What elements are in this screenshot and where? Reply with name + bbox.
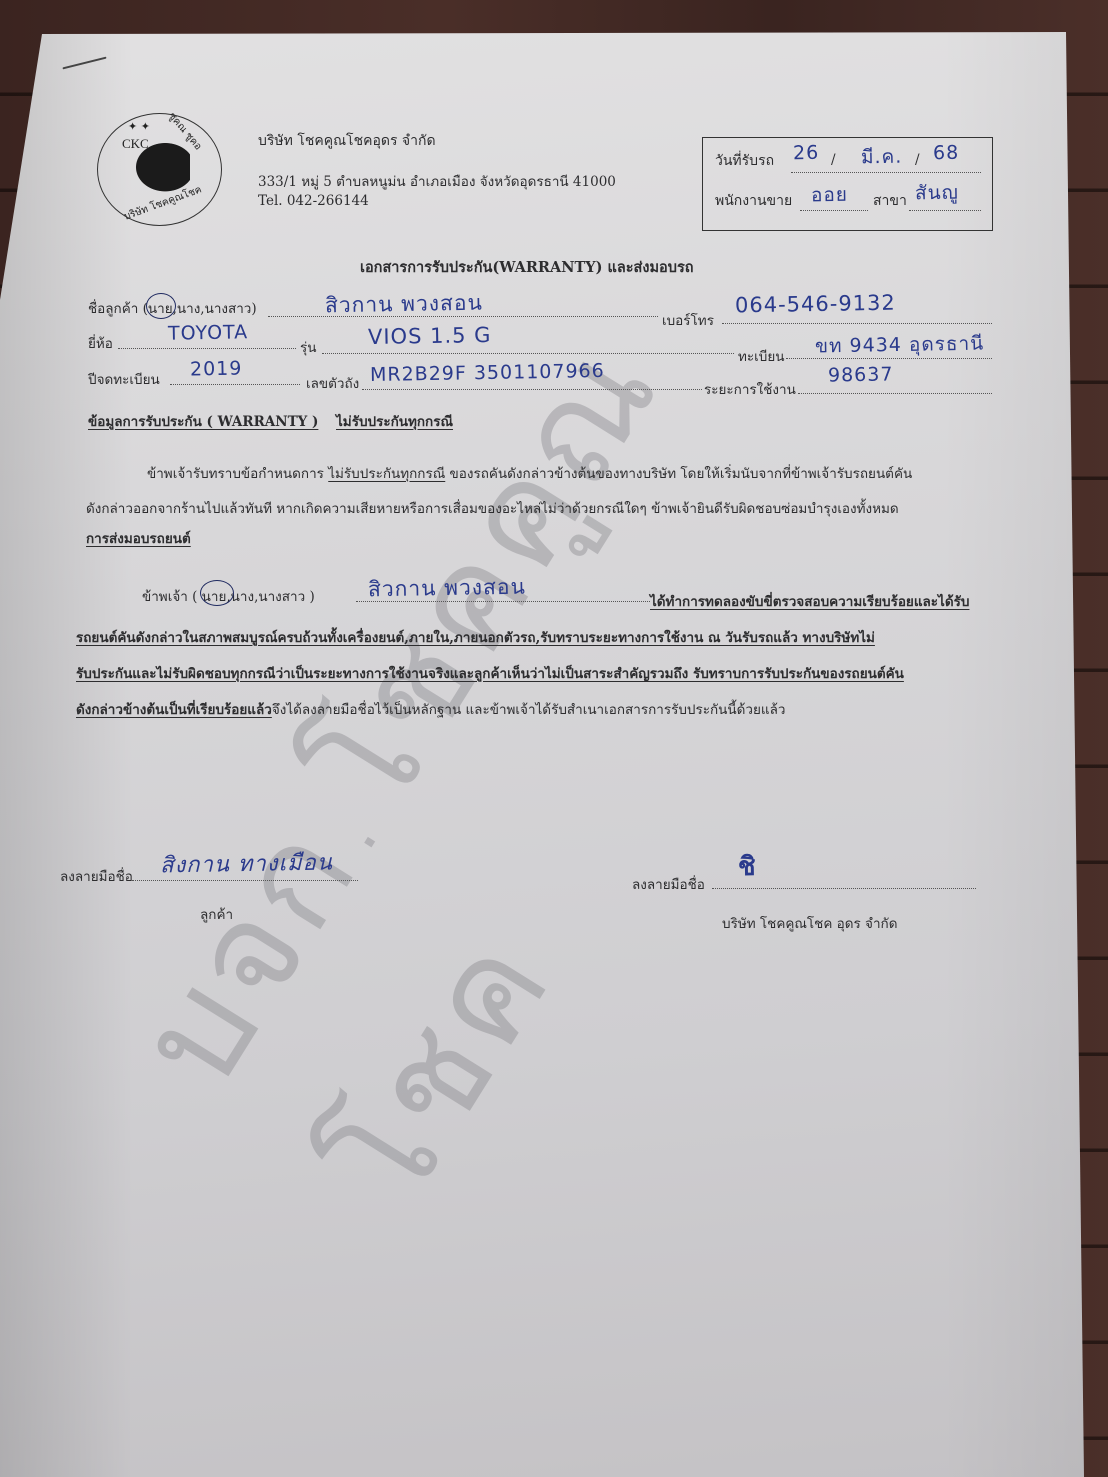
delivery-line1: ได้ทำการทดลองขับขี่ตรวจสอบความเรียบร้อยแ… (650, 590, 969, 612)
receipt-date-label: วันที่รับรถ (715, 150, 774, 172)
no-warranty-emphasis: ไม่รับประกันทุกกรณี (328, 466, 445, 482)
company-signature-label: ลงลายมือชื่อ (632, 873, 705, 895)
company-name: บริษัท โชคคูณโชคอุดร จำกัด (258, 130, 436, 152)
receipt-date-day: 26 (793, 142, 820, 164)
phone-field: 064-546-9132 (735, 291, 896, 318)
stars-icon: ✦ ✦ (128, 120, 150, 133)
company-address: 333/1 หมู่ 5 ตำบลหนูม่น อำเภอเมือง จังหว… (258, 170, 616, 192)
company-logo: ✦ ✦ CKC ชูคณ ชูคอ บริษัท โชคคูณโชค (97, 113, 222, 226)
customer-signature-label: ลงลายมือชื่อ (60, 865, 133, 887)
plate-label: ทะเบียน (738, 345, 784, 367)
phone-label: เบอร์โทร (662, 309, 714, 331)
warranty-paragraph-line1: ข้าพเจ้ารับทราบข้อกำหนดการ ไม่รับประกันท… (147, 462, 912, 484)
receipt-date-month: มี.ค. (861, 142, 903, 173)
model-label: รุ่น (300, 336, 316, 358)
delivery-line2: รถยนต์คันดังกล่าวในสภาพสมบูรณ์ครบถ้วนทั้… (76, 626, 875, 648)
delivery-line3: รับประกันและไม่รับผิดชอบทุกกรณีว่าเป็นระ… (76, 662, 904, 684)
delivery-heading: การส่งมอบรถยนต์ (86, 527, 191, 549)
plate-field: ขท 9434 อุดรธานี (815, 329, 985, 362)
salesperson-value: ออย (811, 180, 848, 211)
mileage-label: ระยะการใช้งาน (704, 378, 796, 400)
chassis-field: MR2B29F 3501107966 (370, 360, 605, 386)
branch-value: สันญู (915, 178, 959, 209)
customer-role: ลูกค้า (200, 903, 233, 925)
warranty-paragraph-line2: ดังกล่าวออกจากร้านไปแล้วทันที หากเกิดควา… (86, 497, 899, 519)
delivery-name-field: สิวกาน พวงสอน (368, 571, 526, 607)
customer-signature: สิงกาน ทางเมือน (160, 844, 333, 882)
mileage-field: 98637 (828, 363, 894, 386)
warranty-heading: ข้อมูลการรับประกัน ( WARRANTY ) (88, 410, 318, 432)
receipt-date-year: 68 (933, 142, 960, 164)
warranty-status: ไม่รับประกันทุกกรณี (336, 410, 453, 432)
company-role: บริษัท โชคคูณโชค อุดร จำกัด (722, 912, 898, 934)
company-phone: Tel. 042-266144 (258, 193, 369, 209)
branch-label: สาขา (873, 190, 907, 212)
company-signature: ชิ (738, 846, 757, 887)
model-field: VIOS 1.5 G (368, 323, 492, 349)
document-title: เอกสารการรับประกัน(WARRANTY) และส่งมอบรถ (360, 256, 694, 279)
brand-field: TOYOTA (168, 321, 249, 344)
customer-name-field: สิวกาน พวงสอน (325, 287, 483, 323)
delivery-line4: ดังกล่าวข้างต้นเป็นที่เรียบร้อยแล้วจึงได… (76, 698, 785, 720)
receipt-info-box: วันที่รับรถ 26 / มี.ค. / 68 พนักงานขาย อ… (702, 137, 993, 231)
selected-title-circle (146, 293, 176, 319)
brand-label: ยี่ห้อ (88, 332, 113, 354)
registration-year-label: ปีจดทะเบียน (88, 368, 160, 390)
chassis-label: เลขตัวถัง (306, 372, 359, 394)
salesperson-label: พนักงานขาย (715, 190, 792, 212)
registration-year-field: 2019 (190, 358, 243, 381)
selected-title-circle-2 (200, 580, 234, 606)
